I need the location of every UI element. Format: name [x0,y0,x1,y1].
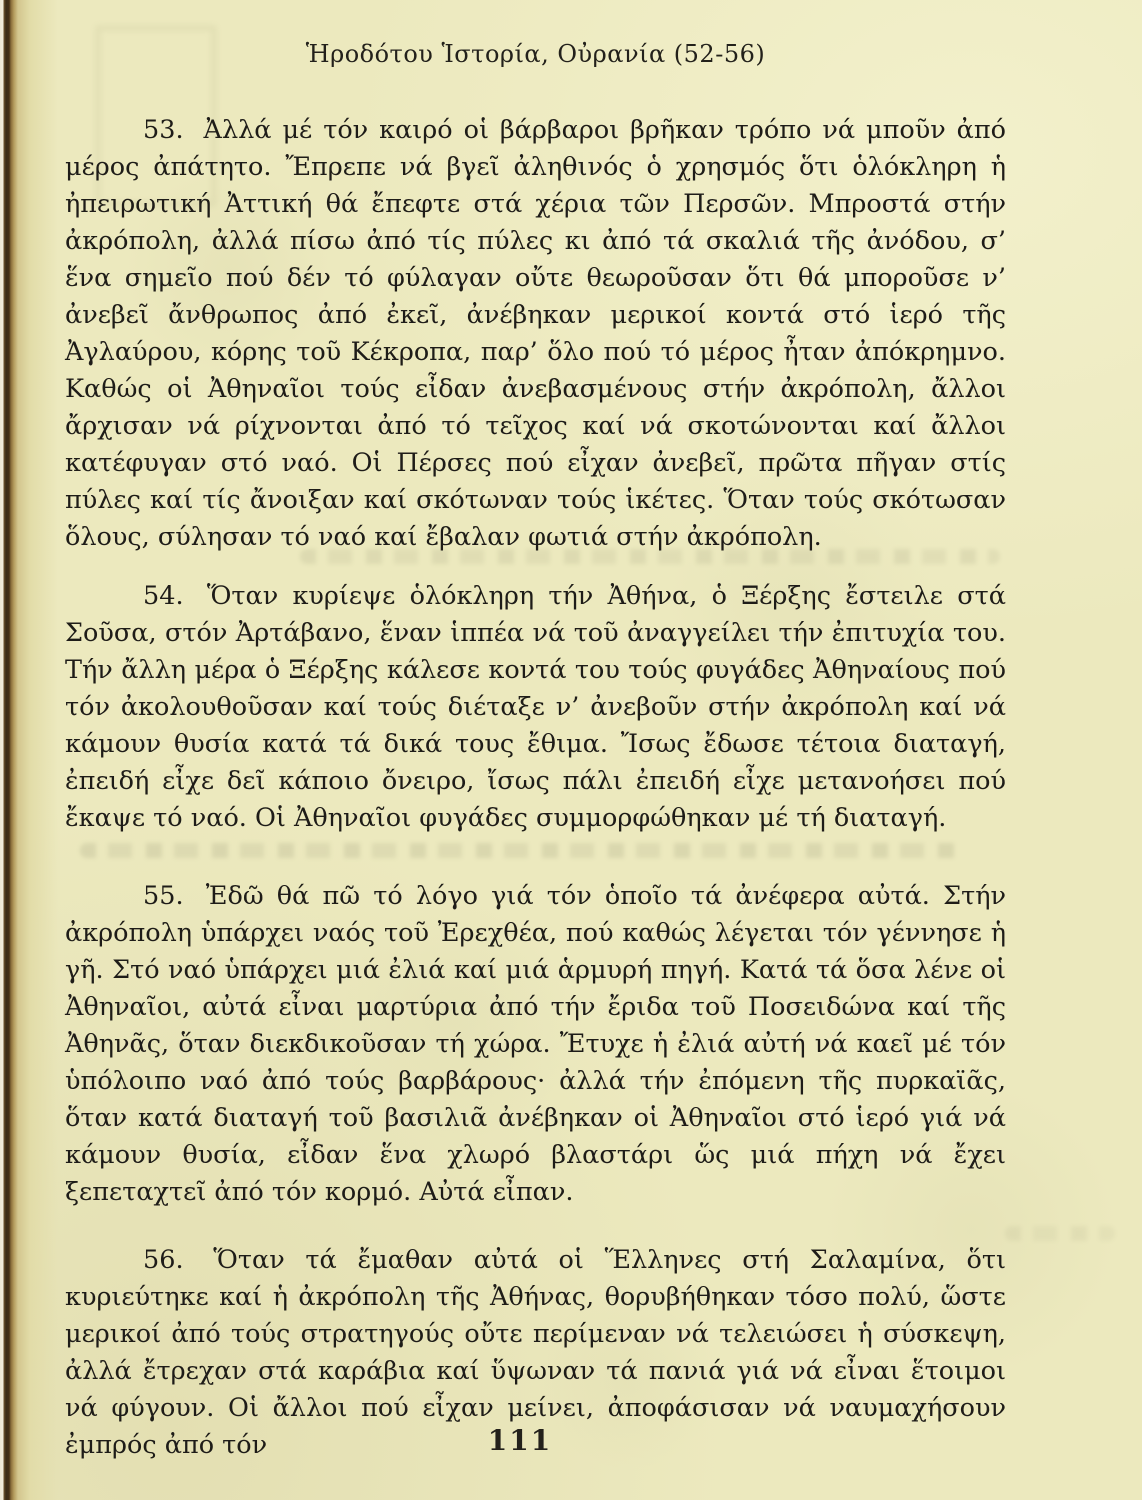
paragraph-56-number: 56. [143,1245,184,1275]
paragraph-55-body: Ἐδῶ θά πῶ τό λόγο γιά τόν ὁποῖο τά ἀνέφε… [65,881,1006,1207]
paragraph-54-body: Ὅταν κυρίεψε ὁλόκληρη τήν Ἀθήνα, ὁ Ξέρξη… [65,581,1006,833]
page-number: 111 [65,1424,975,1457]
paragraph-54: 54. Ὅταν κυρίεψε ὁλόκληρη τήν Ἀθήνα, ὁ Ξ… [65,578,1006,837]
paragraph-54-number: 54. [143,581,184,611]
running-header: Ἡροδότου Ἱστορία, Οὐρανία (52-56) [65,40,1006,68]
bleed-through-text-ghost [80,843,960,858]
bleed-through-text-ghost [1005,1226,1115,1241]
paragraph-53: 53. Ἀλλά μέ τόν καιρό οἱ βάρβαροι βρῆκαν… [65,112,1006,556]
paragraph-53-body: Ἀλλά μέ τόν καιρό οἱ βάρβαροι βρῆκαν τρό… [65,115,1006,552]
paragraph-53-number: 53. [143,115,184,145]
book-spine-edge [0,0,60,1500]
paragraph-55: 55. Ἐδῶ θά πῶ τό λόγο γιά τόν ὁποῖο τά ἀ… [65,878,1006,1211]
paragraph-55-number: 55. [143,881,184,911]
book-page-scan: Ἡροδότου Ἱστορία, Οὐρανία (52-56) 53. Ἀλ… [0,0,1142,1500]
